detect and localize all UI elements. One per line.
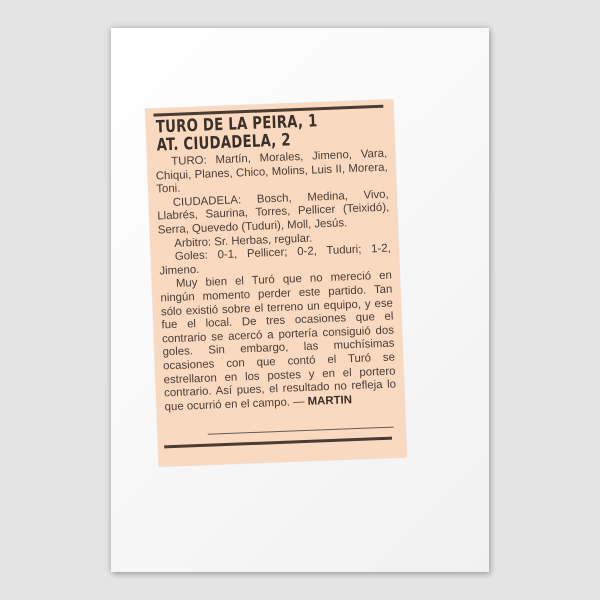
bottom-thin-rule xyxy=(208,427,394,435)
match-report-text: Muy bien el Turó que no mereció en ningú… xyxy=(160,270,396,413)
bottom-rule xyxy=(164,437,392,449)
match-report: Muy bien el Turó que no mereció en ningú… xyxy=(160,270,397,415)
author-signature: MARTIN xyxy=(307,394,352,408)
newspaper-clipping: TURO DE LA PEIRA, 1 AT. CIUDADELA, 2 TUR… xyxy=(145,99,407,466)
article-body: TURO: Martín, Morales, Jimeno, Vara, Chi… xyxy=(155,148,397,415)
headline: TURO DE LA PEIRA, 1 AT. CIUDADELA, 2 xyxy=(156,112,338,155)
